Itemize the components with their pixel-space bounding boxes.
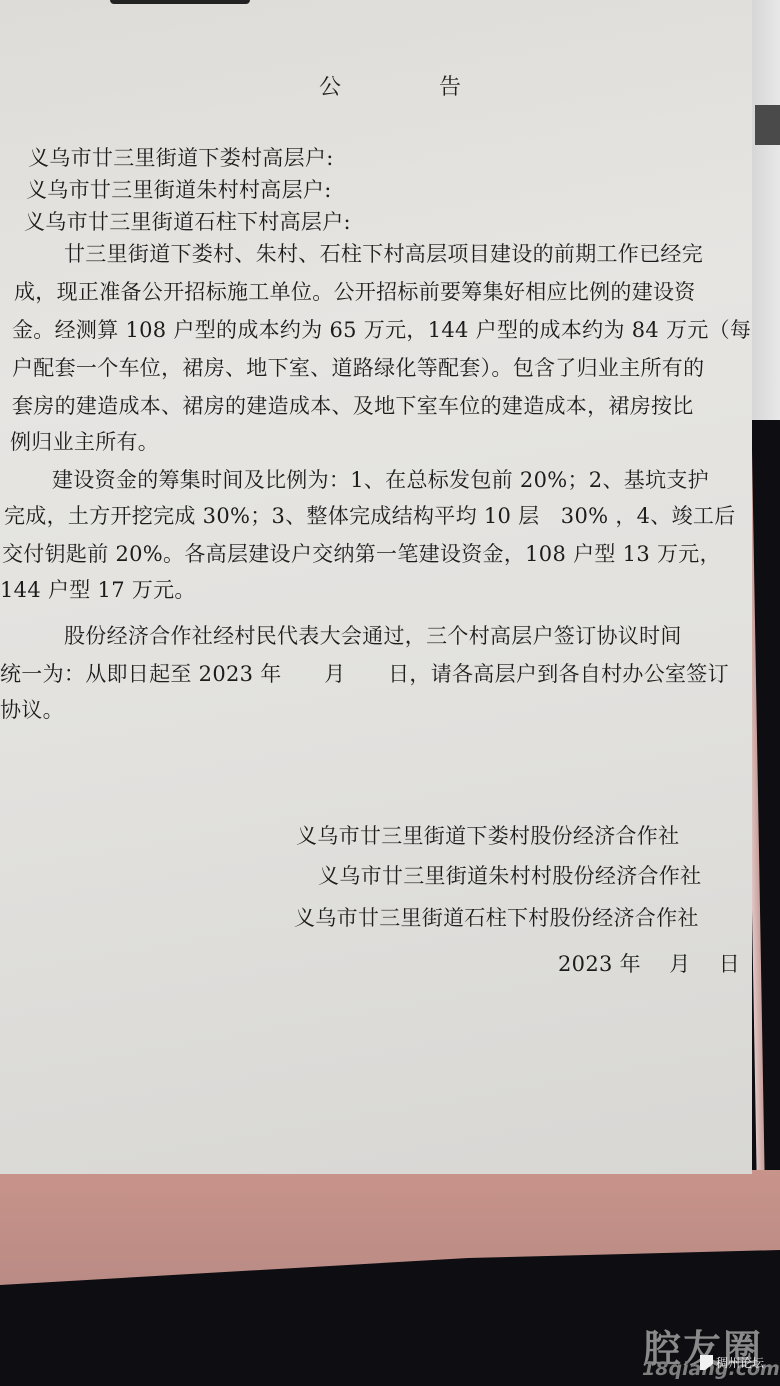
notice-title: 公 告 (0, 70, 780, 101)
body-line: 例归业主所有。 (10, 426, 159, 456)
notice-paper: 公 告 义乌市廿三里街道下娄村高层户: 义乌市廿三里街道朱村村高层户: 义乌市廿… (0, 0, 752, 1174)
recipient-line: 义乌市廿三里街道下娄村高层户: (28, 142, 334, 172)
signature-date: 2023 年 月 日 (558, 948, 740, 978)
recipient-line: 义乌市廿三里街道朱村村高层户: (26, 174, 332, 204)
forum-badge: 稠州论坛 (700, 1354, 764, 1371)
pink-sheet (0, 1170, 780, 1300)
body-line: 交付钥匙前 20%。各高层建设户交纳第一笔建设资金，108 户型 13 万元， (2, 538, 721, 568)
body-line: 144 户型 17 万元。 (0, 574, 196, 604)
body-line: 户配套一个车位，裙房、地下室、道路绿化等配套）。包含了归业主所有的 (12, 352, 704, 382)
recipient-line: 义乌市廿三里街道石柱下村高层户: (24, 206, 351, 236)
body-line: 套房的建造成本、裙房的建造成本、及地下室车位的建造成本，裙房按比 (12, 390, 694, 420)
body-line: 统一为：从即日起至 2023 年 月 日，请各高层户到各自村办公室签订 (0, 658, 729, 688)
body-line: 股份经济合作社经村民代表大会通过，三个村高层户签订协议时间 (64, 620, 682, 650)
signatory: 义乌市廿三里街道石柱下村股份经济合作社 (294, 902, 699, 932)
body-line: 完成，土方开挖完成 30%；3、整体完成结构平均 10 层 30% ，4、竣工后 (4, 500, 736, 530)
body-line: 金。经测算 108 户型的成本约为 65 万元，144 户型的成本约为 84 万… (12, 314, 751, 344)
body-line: 成，现正准备公开招标施工单位。公开招标前要筹集好相应比例的建设资 (14, 276, 696, 306)
signatory: 义乌市廿三里街道朱村村股份经济合作社 (318, 860, 701, 890)
forum-name: 稠州论坛 (716, 1354, 764, 1371)
paper-shadow (110, 0, 250, 4)
body-line: 协议。 (0, 694, 64, 724)
signatory: 义乌市廿三里街道下娄村股份经济合作社 (296, 820, 679, 850)
forum-logo-icon (700, 1355, 713, 1370)
background-object (755, 105, 780, 145)
body-line: 廿三里街道下娄村、朱村、石柱下村高层项目建设的前期工作已经完 (64, 238, 703, 268)
body-line: 建设资金的筹集时间及比例为：1、在总标发包前 20%；2、基坑支护 (52, 464, 709, 494)
